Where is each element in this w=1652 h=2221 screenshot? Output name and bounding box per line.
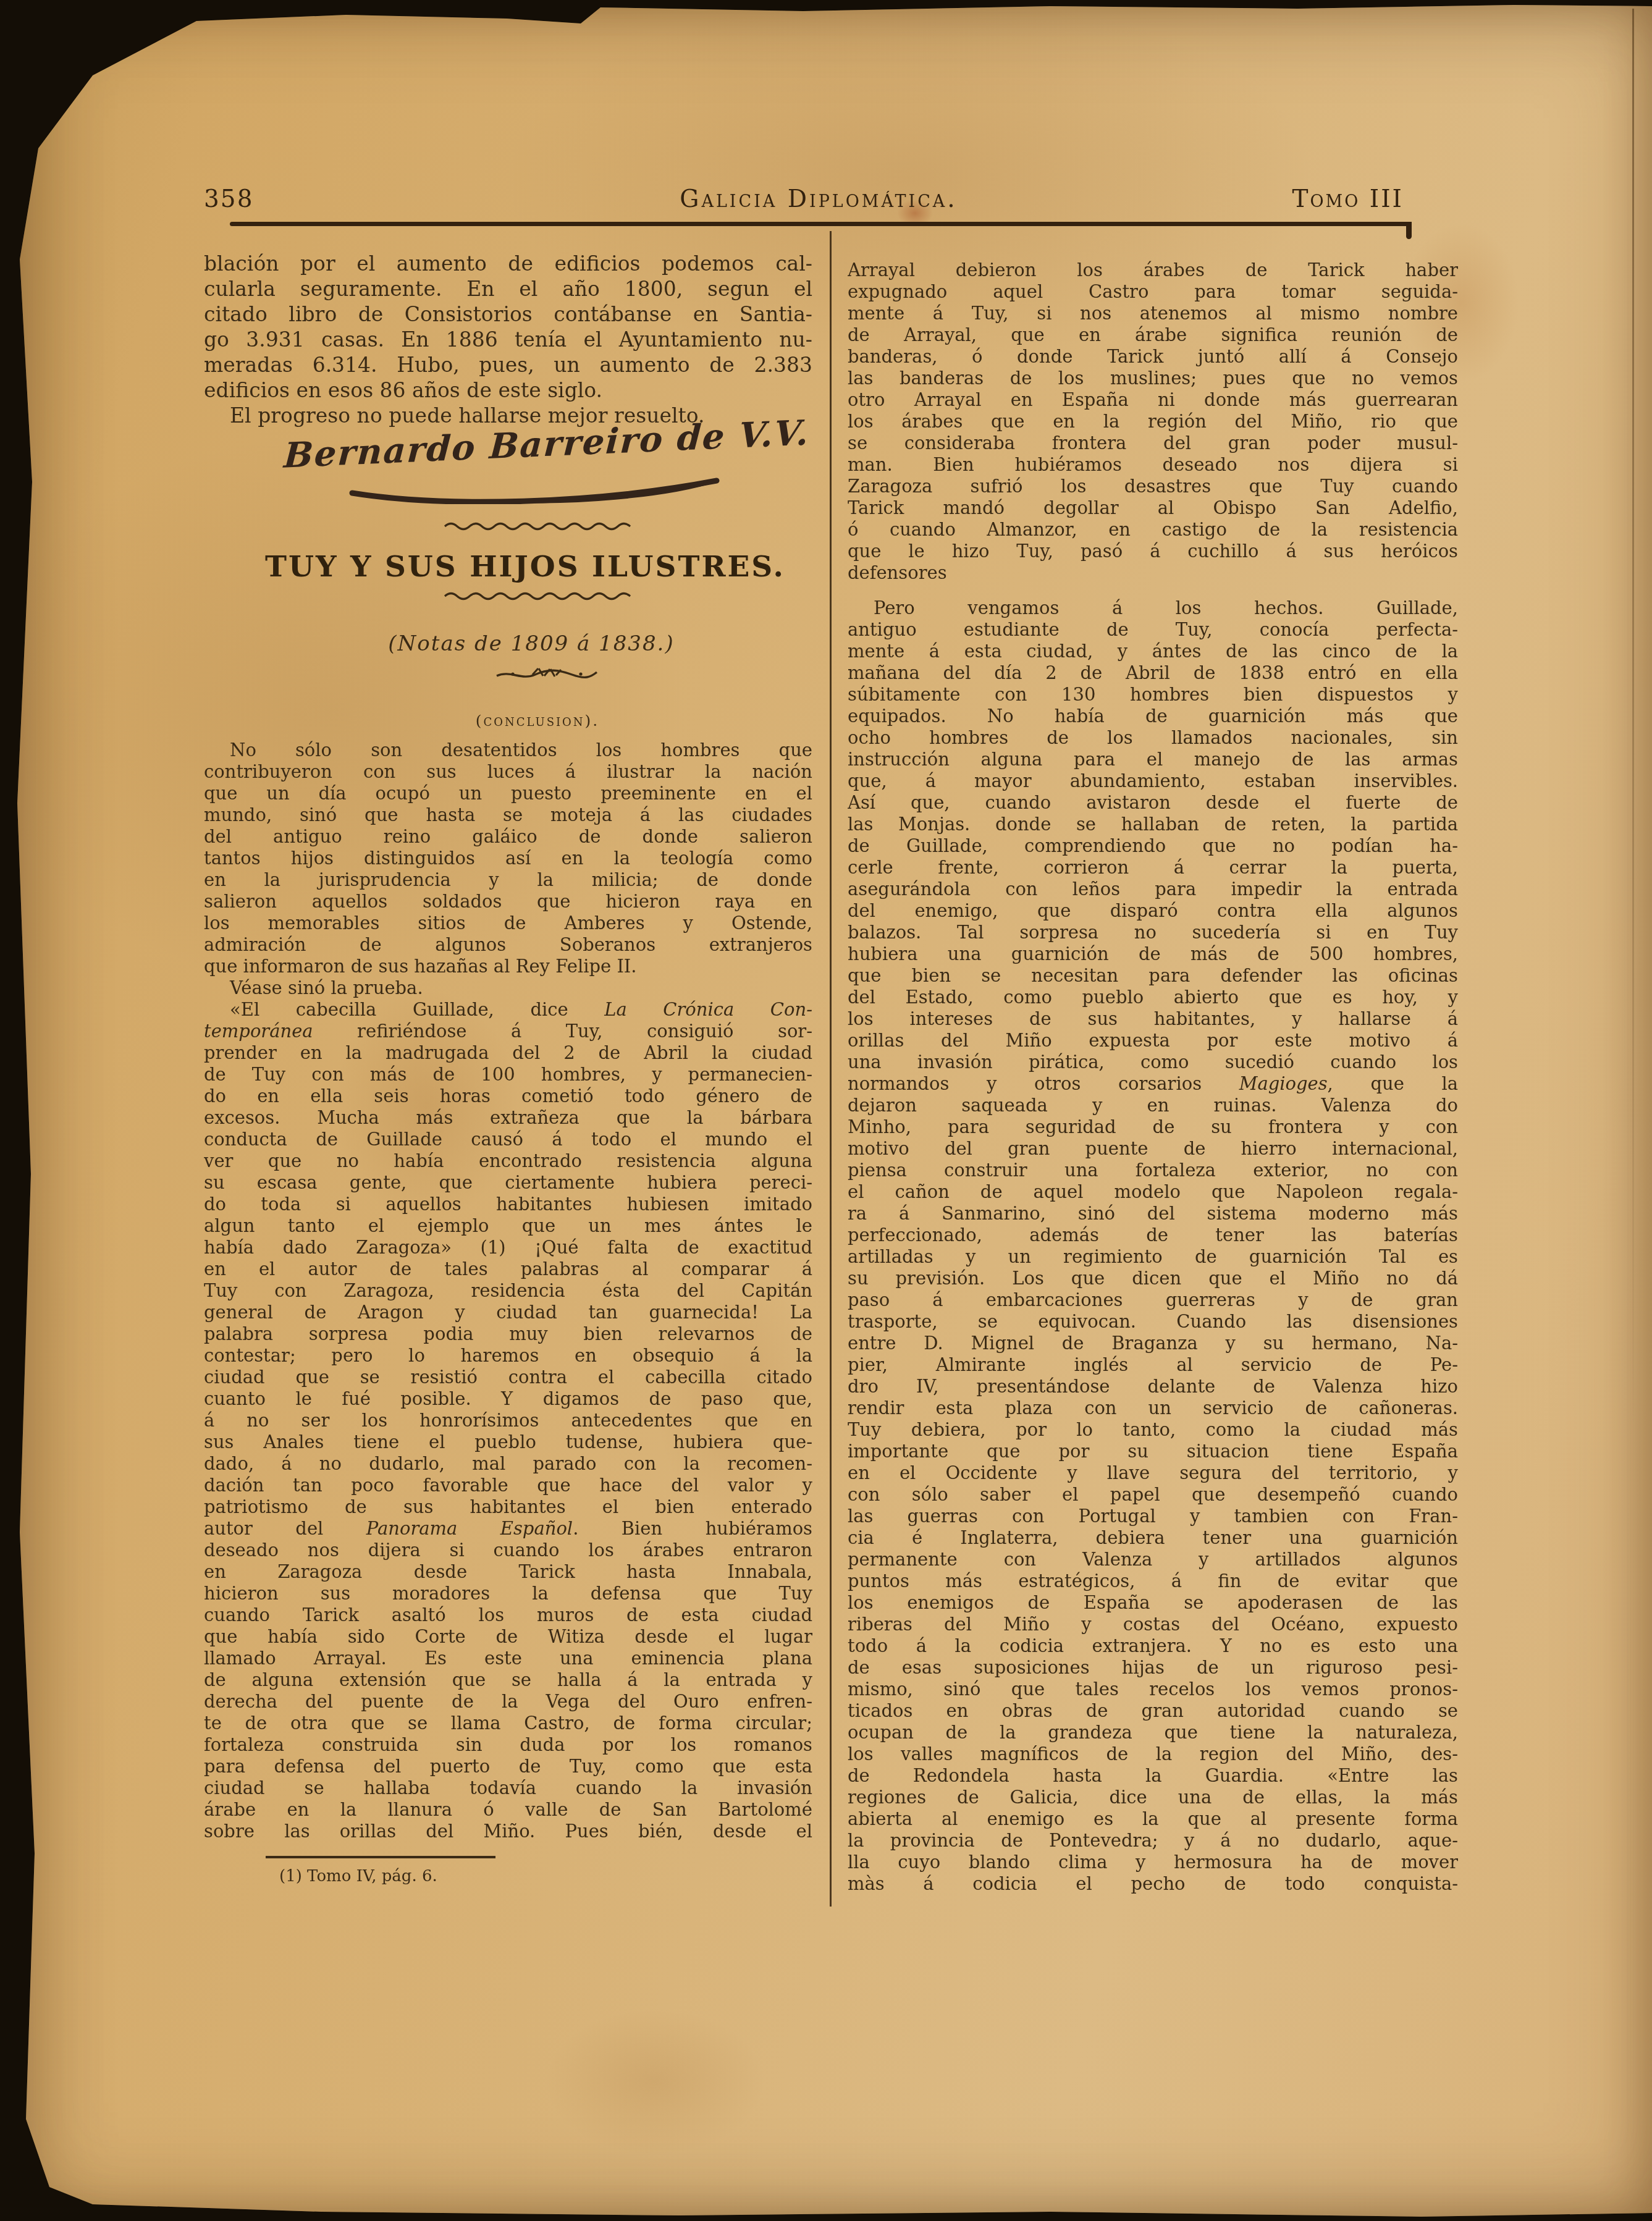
text-line: los enemigos de España se apoderasen de … [848,1592,1458,1614]
text-line: de Guillade, comprendiendo que no podían… [848,835,1458,857]
text-line: màs á codicia el pecho de todo conquista… [848,1873,1458,1895]
footnote: (1) Tomo IV, pág. 6. [279,1867,835,1886]
text-line: salieron aquellos soldados que hicieron … [204,891,812,912]
volume-label: Tomo III [1174,185,1404,213]
signature-flourish-icon [346,476,729,504]
text-line: asegurándola con leños para impedir la e… [848,879,1458,900]
text-line: permanente con Valenza y artillados algu… [848,1549,1458,1570]
text-line: había dado Zaragoza» (1) ¡Qué falta de e… [204,1237,812,1258]
scanned-page: { "page": { "number": "358", "journal": … [0,0,1652,2221]
text-line: llamado Arrayal. Es este una eminencia p… [204,1648,812,1669]
text-line: trasporte, se equivocan. Cuando las dise… [848,1311,1458,1333]
text-line: do toda si aquellos habitantes hubiesen … [204,1194,812,1215]
text-line: que bien se necesitan para defender las … [848,965,1458,987]
text-line: te de otra que se llama Castro, de forma… [204,1713,812,1734]
text-line: que informaron de sus hazañas al Rey Fel… [204,956,812,977]
text-line: dejaron saqueada y en ruinas. Valenza do [848,1095,1458,1116]
text-line: ticados en obras de gran autoridad cuand… [848,1700,1458,1722]
text-line: dro IV, presentándose delante de Valenza… [848,1376,1458,1397]
text-line: piensa construir una fortaleza exterior,… [848,1160,1458,1181]
text-line: artilladas y un regimiento de guarnición… [848,1246,1458,1268]
text-line: instrucción alguna para el manejo de las… [848,749,1458,770]
text-line: go 3.931 casas. En 1886 tenía el Ayuntam… [204,327,812,352]
text-line: los memorables sitios de Amberes y Osten… [204,912,812,934]
text-line: Zaragoza sufrió los desastres que Tuy cu… [848,476,1458,497]
text-line: conducta de Guillade causó á todo el mun… [204,1129,812,1150]
text-line: hubiera una guarnición de más de 500 hom… [848,943,1458,965]
text-line: defensores [848,562,1458,584]
text-line: Pero vengamos á los hechos. Guillade, [848,597,1458,619]
text-line: meradas 6.314. Hubo, pues, un aumento de… [204,352,812,377]
text-line: Tuy debiera, por lo tanto, como la ciuda… [848,1419,1458,1441]
text-line: fortaleza construida sin duda por los ro… [204,1734,812,1756]
text-line: con sólo saber el papel que desempeñó cu… [848,1484,1458,1506]
article-title: TUY Y SUS HIJOS ILUSTRES. [216,550,834,584]
text-line: se consideraba frontera del gran poder m… [848,432,1458,454]
text-line: citado libro de Consistorios contábanse … [204,301,812,327]
text-line: mundo, sinó que hasta se moteja á las ci… [204,804,812,826]
page-paper: 358 Galicia Diplomática. Tomo III blació… [0,0,1652,2221]
text-line: puntos más estratégicos, á fin de evitar… [848,1570,1458,1592]
text-line: súbitamente con 130 hombres bien dispues… [848,684,1458,706]
text-line: admiración de algunos Soberanos extranje… [204,934,812,956]
text-line: una invasión pirática, como sucedió cuan… [848,1051,1458,1073]
text-line: deseado nos dijera si cuando los árabes … [204,1540,812,1561]
text-line: perfeccionado, además de tener las bater… [848,1224,1458,1246]
text-line: de Redondela hasta la Guardia. «Entre la… [848,1765,1458,1787]
text-line: regiones de Galicia, dice una de ellas, … [848,1787,1458,1808]
page-edge-crease [1632,9,1634,1430]
right-column-body: Arrayal debieron los árabes de Tarick ha… [848,259,1458,1895]
text-line: árabe en la llanura ó valle de San Barto… [204,1799,812,1821]
text-line: abierta al enemigo es la que al presente… [848,1808,1458,1830]
text-line: en el Occidente y llave segura del terri… [848,1462,1458,1484]
text-line: ciudad que se resistió contra el cabecil… [204,1367,812,1388]
section-label: (conclusion). [229,712,846,730]
text-line: ó cuando Almanzor, en castigo de la resi… [848,519,1458,541]
text-line: su previsión. Los que dicen que el Miño … [848,1268,1458,1289]
text-line: que, á mayor abundamiento, estaban inser… [848,770,1458,792]
text-line: orillas del Miño expuesta por este motiv… [848,1030,1458,1051]
stain [544,2008,766,2156]
text-line: dado, á no dudarlo, mal parado con la re… [204,1453,812,1475]
text-line: Así que, cuando avistaron desde el fuert… [848,792,1458,814]
left-column-body: No sólo son desatentidos los hombres que… [204,740,812,1842]
text-line: contestar; pero lo haremos en obsequio á… [204,1345,812,1367]
text-line: mente á Tuy, si nos atenemos al mismo no… [848,303,1458,324]
text-line: banderas, ó donde Tarick juntó allí á Co… [848,346,1458,368]
text-line: las banderas de los muslines; pues que n… [848,368,1458,389]
text-line: de alguna extensión que se halla á la en… [204,1669,812,1691]
text-line: su escasa gente, que ciertamente hubiera… [204,1172,812,1194]
text-line: de Arrayal, que en árabe significa reuni… [848,324,1458,346]
text-line: sobre las orillas del Miño. Pues bién, d… [204,1821,812,1842]
text-line: antiguo estudiante de Tuy, conocía perfe… [848,619,1458,641]
text-line: expugnado aquel Castro para tomar seguid… [848,281,1458,303]
text-line: en el autor de tales palabras al compara… [204,1258,812,1280]
text-line: mañana del día 2 de Abril de 1838 entró … [848,662,1458,684]
text-line: otro Arrayal en España ni donde más guer… [848,389,1458,411]
text-line: de Tuy con más de 100 hombres, y permane… [204,1064,812,1085]
header-rule [230,222,1411,226]
text-line: ocupan de la grandeza que tiene la natur… [848,1722,1458,1743]
text-line: temporánea refiriéndose á Tuy, consiguió… [204,1021,812,1042]
text-line: del antiguo reino galáico de donde salie… [204,826,812,848]
squiggle-divider-icon [442,591,646,602]
text-line: de esas suposiciones hijas de un riguros… [848,1657,1458,1679]
text-line: en Zaragoza desde Tarick hasta Innabala, [204,1561,812,1583]
header-rule-hook [1406,222,1412,239]
text-line: derecha del puente de la Vega del Ouro e… [204,1691,812,1713]
text-line: dación tan poco favorable que hace del v… [204,1475,812,1496]
text-line: do en ella seis horas cometió todo géner… [204,1085,812,1107]
text-line: ciudad se hallaba todavía cuando la inva… [204,1777,812,1799]
text-line: algun tanto el ejemplo que un mes ántes … [204,1215,812,1237]
text-line: la provincia de Pontevedra; y á no dudar… [848,1830,1458,1852]
text-line: entre D. Mignel de Braganza y su hermano… [848,1333,1458,1354]
text-line: para defensa del puerto de Tuy, como que… [204,1756,812,1777]
text-line: los árabes que en la región del Miño, ri… [848,411,1458,432]
text-line: cuando Tarick asaltó los muros de esta c… [204,1604,812,1626]
text-line: los intereses de sus habitantes, y halla… [848,1008,1458,1030]
journal-title: Galicia Diplomática. [432,185,1205,213]
text-line: Véase sinó la prueba. [204,977,812,999]
text-line: cia é Inglaterra, debiera tener una guar… [848,1527,1458,1549]
text-line: cerle frente, corrieron á cerrar la puer… [848,857,1458,879]
page-number: 358 [204,185,253,213]
text-line: contribuyeron con sus luces á ilustrar l… [204,761,812,783]
text-line: Minho, para seguridad de su frontera y c… [848,1116,1458,1138]
text-line: tantos hijos distinguidos así en la teol… [204,848,812,869]
text-line: el cañon de aquel modelo que Napoleon re… [848,1181,1458,1203]
text-line: ver que no había encontrado resistencia … [204,1150,812,1172]
text-line: en la jurisprudencia y la milicia; de do… [204,869,812,891]
text-line: No sólo son desatentidos los hombres que [204,740,812,761]
text-line: general de Aragon y ciudad tan guarnecid… [204,1302,812,1323]
text-line: cuanto le fué posible. Y digamos de paso… [204,1388,812,1410]
text-line: patriotismo de sus habitantes el bien en… [204,1496,812,1518]
text-line: prender en la madrugada del 2 de Abril l… [204,1042,812,1064]
text-line: blación por el aumento de edificios pode… [204,251,812,276]
text-line: cularla seguramente. En el año 1800, seg… [204,276,812,301]
text-line: Arrayal debieron los árabes de Tarick ha… [848,259,1458,281]
footnote-rule [266,1856,495,1858]
text-line: Tuy con Zaragoza, residencia ésta del Ca… [204,1280,812,1302]
text-line: que había sido Corte de Witiza desde el … [204,1626,812,1648]
text-line: man. Bien hubiéramos deseado nos dijera … [848,454,1458,476]
text-line: Tarick mandó degollar al Obispo San Adel… [848,497,1458,519]
text-line: motivo del gran puente de hierro interna… [848,1138,1458,1160]
column-divider-rule [830,231,832,1907]
text-line: las Monjas. donde se hallaban de reten, … [848,814,1458,835]
text-line: excesos. Mucha más extrañeza que la bárb… [204,1107,812,1129]
text-line: los valles magníficos de la region del M… [848,1743,1458,1765]
text-line: edificios en esos 86 años de este siglo. [204,377,812,403]
text-line: paso á embarcaciones guerreras y de gran [848,1289,1458,1311]
squiggle-divider-icon [442,521,646,532]
text-line: normandos y otros corsarios Magioges, qu… [848,1073,1458,1095]
text-line: del enemigo, que disparó contra ella alg… [848,900,1458,922]
text-line: autor del Panorama Español. Bien hubiéra… [204,1518,812,1540]
text-line: balazos. Tal sorpresa no sucedería si en… [848,922,1458,943]
text-line: rendir esta plaza con un servicio de cañ… [848,1397,1458,1419]
text-line: equipados. No había de guarnición más qu… [848,706,1458,727]
twig-ornament-icon [494,666,599,682]
text-line: mente á esta ciudad, y ántes de las cinc… [848,641,1458,662]
text-line: que le hizo Tuy, pasó á cuchillo á sus h… [848,541,1458,562]
text-line: lla cuyo blando clima y hermosura ha de … [848,1852,1458,1873]
article-subtitle: (Notas de 1809 á 1838.) [222,631,840,656]
text-line: palabra sorpresa podia muy bien relevarn… [204,1323,812,1345]
text-line: ra á Sanmarino, sinó del sistema moderno… [848,1203,1458,1224]
text-line: sus Anales tiene el pueblo tudense, hubi… [204,1431,812,1453]
left-column-intro: blación por el aumento de edificios pode… [204,251,812,428]
text-line: todo á la codicia extranjera. Y no es es… [848,1635,1458,1657]
text-line: importante que por su situacion tiene Es… [848,1441,1458,1462]
text-line: ocho hombres de los llamados nacionales,… [848,727,1458,749]
text-line: riberas del Miño y costas del Océano, ex… [848,1614,1458,1635]
text-line: á no ser los honrorísimos antecedentes q… [204,1410,812,1431]
text-line: del Estado, como pueblo abierto que es h… [848,987,1458,1008]
text-line: que un día ocupó un puesto preeminente e… [204,783,812,804]
text-line: pier, Almirante inglés al servicio de Pe… [848,1354,1458,1376]
text-line: hicieron sus moradores la defensa que Tu… [204,1583,812,1604]
text-line: «El cabecilla Guillade, dice La Crónica … [204,999,812,1021]
text-line: las guerras con Portugal y tambien con F… [848,1506,1458,1527]
text-line: mismo, sinó que tales recelos los vemos … [848,1679,1458,1700]
